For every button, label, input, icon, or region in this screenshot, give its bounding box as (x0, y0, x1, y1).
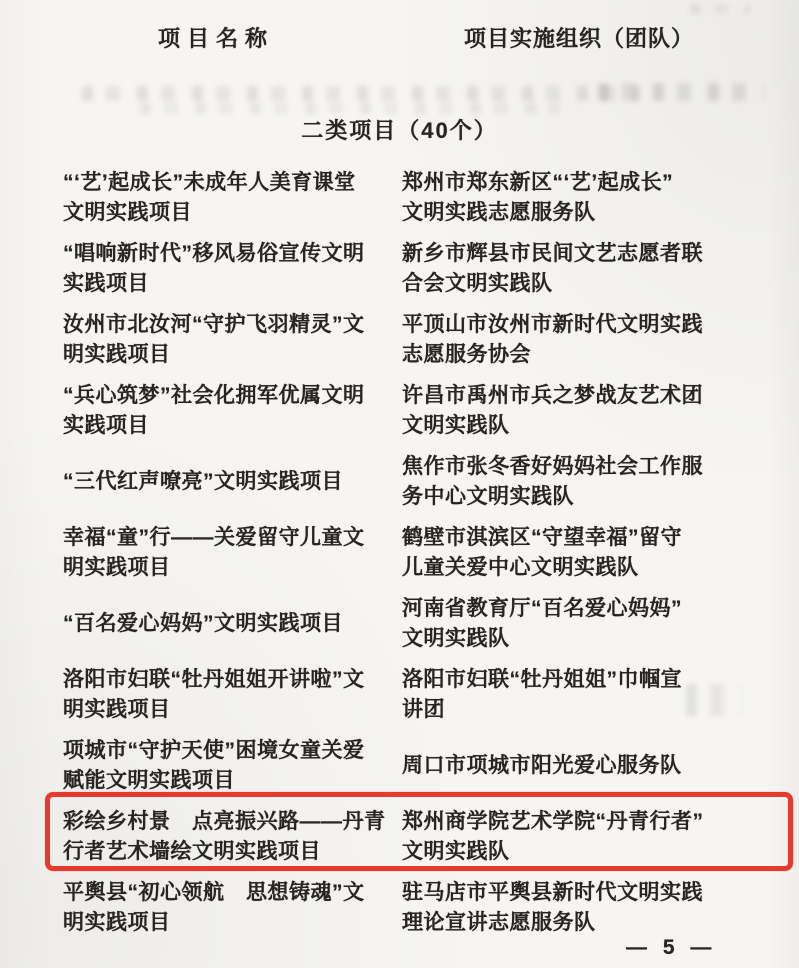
page-number: — 5 — (626, 936, 716, 960)
project-name: “三代红声嘹亮”文明实践项目 (63, 467, 402, 497)
organization-name: 河南省教育厅“百名爱心妈妈” 文明实践队 (402, 594, 790, 654)
organization-name: 郑州商学院艺术学院“丹青行者” 文明实践队 (402, 807, 790, 867)
project-name: “唱响新时代”移风易俗宣传文明 实践项目 (63, 239, 402, 299)
project-name: “‘艺’起成长”未成年人美育课堂 文明实践项目 (63, 168, 402, 228)
column-header-project: 项目名称 (158, 24, 274, 54)
table-row: “唱响新时代”移风易俗宣传文明 实践项目 新乡市辉县市民间文艺志愿者联 合会文明… (63, 239, 790, 299)
section-title: 二类项目（40个） (0, 116, 799, 146)
organization-name: 焦作市张冬香好妈妈社会工作服 务中心文明实践队 (402, 452, 790, 512)
table-row: 平舆县“初心领航 思想铸魂”文 明实践项目 驻马店市平舆县新时代文明实践 理论宣… (63, 878, 790, 938)
organization-name: 洛阳市妇联“牡丹姐姐”巾帼宣 讲团 (402, 665, 790, 725)
organization-name: 新乡市辉县市民间文艺志愿者联 合会文明实践队 (402, 239, 790, 299)
organization-name: 鹤壁市淇滨区“守望幸福”留守 儿童关爱中心文明实践队 (402, 523, 790, 583)
column-header-org: 项目实施组织（团队） (464, 24, 694, 54)
scan-artifact (598, 83, 764, 101)
table-row: “‘艺’起成长”未成年人美育课堂 文明实践项目 郑州市郑东新区“‘艺’起成长” … (63, 168, 790, 228)
table-row: “兵心筑梦”社会化拥军优属文明 实践项目 许昌市禹州市兵之梦战友艺术团 文明实践… (63, 381, 790, 441)
organization-name: 许昌市禹州市兵之梦战友艺术团 文明实践队 (402, 381, 790, 441)
table-row: 项城市“守护天使”困境女童关爱 赋能文明实践项目 周口市项城市阳光爱心服务队 (63, 736, 790, 796)
scanned-document-page: 项目名称 项目实施组织（团队） 二类项目（40个） “‘艺’起成长”未成年人美育… (0, 0, 799, 968)
table-row: 幸福“童”行——关爱留守儿童文 明实践项目 鹤壁市淇滨区“守望幸福”留守 儿童关… (63, 523, 790, 583)
table-row: “百名爱心妈妈”文明实践项目 河南省教育厅“百名爱心妈妈” 文明实践队 (63, 594, 790, 654)
organization-name: 平顶山市汝州市新时代文明实践 志愿服务协会 (402, 310, 790, 370)
project-name: “百名爱心妈妈”文明实践项目 (63, 609, 402, 639)
project-name: 洛阳市妇联“牡丹姐姐开讲啦”文 明实践项目 (63, 665, 402, 725)
project-table: “‘艺’起成长”未成年人美育课堂 文明实践项目 郑州市郑东新区“‘艺’起成长” … (63, 168, 790, 949)
table-row: 洛阳市妇联“牡丹姐姐开讲啦”文 明实践项目 洛阳市妇联“牡丹姐姐”巾帼宣 讲团 (63, 665, 790, 725)
scan-artifact (82, 86, 640, 101)
scan-artifact (140, 103, 560, 114)
scan-artifact (690, 4, 750, 14)
project-name: “兵心筑梦”社会化拥军优属文明 实践项目 (63, 381, 402, 441)
project-name: 项城市“守护天使”困境女童关爱 赋能文明实践项目 (63, 736, 402, 796)
project-name: 彩绘乡村景 点亮振兴路——丹青 行者艺术墙绘文明实践项目 (63, 807, 402, 867)
organization-name: 郑州市郑东新区“‘艺’起成长” 文明实践志愿服务队 (402, 168, 790, 228)
project-name: 汝州市北汝河“守护飞羽精灵”文 明实践项目 (63, 310, 402, 370)
organization-name: 驻马店市平舆县新时代文明实践 理论宣讲志愿服务队 (402, 878, 790, 938)
table-row: 汝州市北汝河“守护飞羽精灵”文 明实践项目 平顶山市汝州市新时代文明实践 志愿服… (63, 310, 790, 370)
project-name: 幸福“童”行——关爱留守儿童文 明实践项目 (63, 523, 402, 583)
organization-name: 周口市项城市阳光爱心服务队 (402, 751, 790, 781)
table-row-highlighted: 彩绘乡村景 点亮振兴路——丹青 行者艺术墙绘文明实践项目 郑州商学院艺术学院“丹… (63, 807, 790, 867)
project-name: 平舆县“初心领航 思想铸魂”文 明实践项目 (63, 878, 402, 938)
table-row: “三代红声嘹亮”文明实践项目 焦作市张冬香好妈妈社会工作服 务中心文明实践队 (63, 452, 790, 512)
